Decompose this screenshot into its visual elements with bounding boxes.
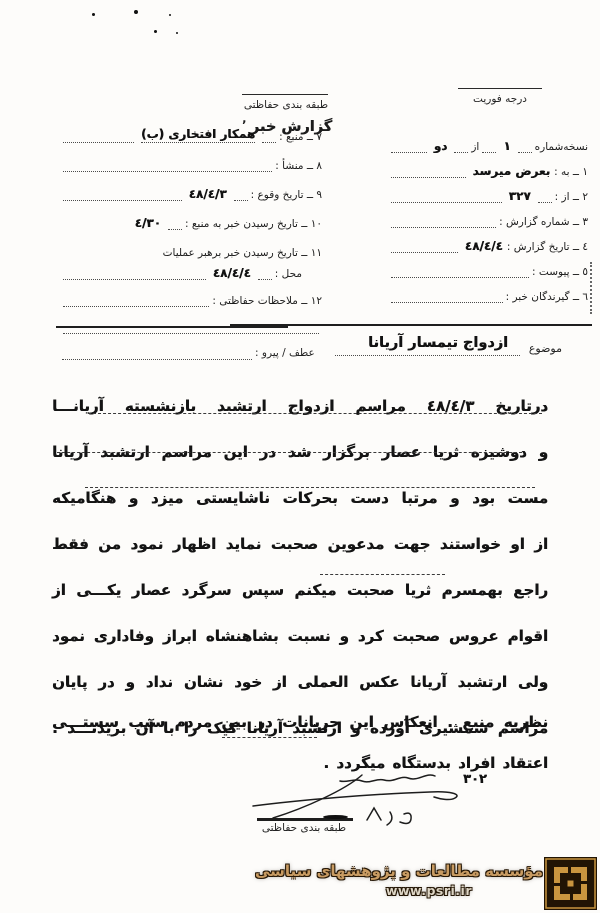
body-line: ولی ارتشبد آریانا عکس العملی از خود نشان… <box>52 659 548 705</box>
field-label: ٨ ــ منشأ : <box>275 160 322 172</box>
field-row-attachment: ٥ ــ پیوست : <box>388 261 588 278</box>
underline-mark <box>57 452 522 453</box>
field-row-from: ٢ ــ از : ٣٢٧ <box>388 186 588 203</box>
ink-blot <box>323 815 348 819</box>
scan-speck <box>169 14 171 16</box>
field-value-handwritten: ٣٢٧ <box>509 189 531 203</box>
field-label: ٦ ــ گیرندگان خبر : <box>506 291 588 303</box>
dotted-leader <box>258 267 272 280</box>
copy-of-label: از <box>471 141 479 153</box>
dotted-leader <box>391 290 503 303</box>
reference-label: عطف / پیرو : <box>255 347 315 359</box>
field-value-handwritten: ٤٨/٤/٤ <box>213 266 251 280</box>
opinion-line: نظریه منبع . انعکاس این جریانات در بین م… <box>52 702 548 743</box>
dotted-leader <box>518 140 532 153</box>
body-line: راجع بهمسرم ثریا صحبت میکنم سپس سرگرد عص… <box>52 567 548 613</box>
field-row-date-reached-ops: ١١ ــ تاریخ رسیدن خبر برهبر عملیات <box>60 242 322 259</box>
field-value-handwritten: ٤٨/٤/٣ <box>189 187 227 201</box>
dotted-leader <box>168 217 182 230</box>
body-line: اقوام عروس صحبت کرد و نسبت بشاهنشاه ابرا… <box>52 613 548 659</box>
body-line: درتاریخ ٤٨/٤/٣ مراسم ازدواج ارتشبد بازنش… <box>52 383 548 429</box>
classification-stamp-line <box>242 94 328 95</box>
watermark-url: www.psri.ir <box>386 883 472 898</box>
dotted-leader <box>63 130 134 143</box>
dotted-leader <box>335 355 520 356</box>
copy-number-value: ١ <box>503 139 510 153</box>
field-row-occurrence-date: ٩ ــ تاریخ وقوع : ٤٨/٤/٣ <box>60 184 322 201</box>
dotted-leader <box>63 159 272 172</box>
field-label: ٥ ــ پیوست : <box>532 266 588 278</box>
urgency-label: درجه فوریت <box>452 93 548 105</box>
copy-number-row: نسخه‌شماره ١ از دو <box>388 136 588 153</box>
field-row-source: ٧ ــ منبع : همکار افتخاری (ب) <box>60 126 322 143</box>
scan-speck <box>92 13 95 16</box>
field-row-report-number: ٣ ــ شماره گزارش : <box>388 211 588 228</box>
underline-mark <box>88 413 542 414</box>
dotted-leader <box>391 140 427 153</box>
field-row-date-reached-source: ١٠ ــ تاریخ رسیدن خبر به منبع : ٤/٣٠ <box>60 213 322 230</box>
psri-logo <box>544 857 597 910</box>
form-fields-right: نسخه‌شماره ١ از دو ١ ــ به : بعرض میرسد … <box>388 136 588 311</box>
dotted-leader <box>391 215 496 228</box>
dotted-leader <box>391 240 458 253</box>
dotted-leader <box>63 188 182 201</box>
underline-mark <box>320 574 445 575</box>
field-label: ٢ ــ از : <box>555 191 588 203</box>
dotted-leader <box>391 190 502 203</box>
watermark-organization: مؤسسه مطالعات و پژوهشهای سیاسی <box>255 862 543 880</box>
field-label: ٩ ــ تاریخ وقوع : <box>251 189 322 201</box>
body-line: از او خواستند جهت مدعوین صحبت نماید اظها… <box>52 521 548 567</box>
field-label: ١٢ ــ ملاحظات حفاظتی : <box>212 295 322 307</box>
field-label: ٤ ــ تاریخ گزارش : <box>507 241 588 253</box>
field-label: ١٠ ــ تاریخ رسیدن خبر به منبع : <box>185 218 322 230</box>
field-row-to: ١ ــ به : بعرض میرسد <box>388 161 588 178</box>
dotted-leader <box>62 359 252 360</box>
body-line: مست بود و مرتبا دست بحرکات ناشایستی میزد… <box>52 475 548 521</box>
field-row-recipients: ٦ ــ گیرندگان خبر : <box>388 286 588 303</box>
subject-value-handwritten: ازدواج تیمسار آریانا <box>368 335 508 351</box>
field-row-origin: ٨ ــ منشأ : <box>60 155 322 172</box>
dotted-leader <box>482 140 496 153</box>
field-row-report-date: ٤ ــ تاریخ گزارش : ٤٨/٤/٤ <box>388 236 588 253</box>
copy-number-label: نسخه‌شماره <box>535 141 588 153</box>
field-label: ١ ــ به : <box>554 166 588 178</box>
dotted-leader <box>234 188 248 201</box>
urgency-stamp-line <box>458 88 542 89</box>
margin-dotted-mark <box>590 262 592 314</box>
dotted-leader <box>63 267 206 280</box>
dotted-leader <box>454 140 468 153</box>
field-value-handwritten: ٤/٣٠ <box>135 216 161 230</box>
field-value-handwritten: ٤٨/٤/٤ <box>465 239 503 253</box>
field-label: ١١ ــ تاریخ رسیدن خبر برهبر عملیات <box>163 247 322 259</box>
field-value-handwritten: همکار افتخاری (ب) <box>141 127 255 143</box>
dotted-leader <box>391 265 529 278</box>
subject-label: موضوع <box>529 342 562 355</box>
field-label: محل : <box>275 268 302 280</box>
classification-bottom-label: طبقه بندی حفاظتی <box>260 822 348 834</box>
dotted-leader <box>63 294 209 307</box>
dotted-leader <box>538 190 552 203</box>
scan-speck <box>176 32 178 34</box>
scan-speck <box>154 30 157 33</box>
field-row-security-notes: ١٢ ــ ملاحظات حفاظتی : <box>60 290 322 307</box>
field-label: ٧ ــ منبع : <box>279 131 322 143</box>
form-fields-left: ٧ ــ منبع : همکار افتخاری (ب) ٨ ــ منشأ … <box>60 126 322 346</box>
field-label: ٣ ــ شماره گزارش : <box>499 216 588 228</box>
report-body: درتاریخ ٤٨/٤/٣ مراسم ازدواج ارتشبد بازنش… <box>52 383 548 751</box>
section-divider <box>56 326 288 328</box>
underline-mark <box>85 487 535 488</box>
dotted-leader <box>63 321 319 334</box>
field-row-date-reached-ops-line2: محل : ٤٨/٤/٤ <box>60 263 322 280</box>
field-value-handwritten: بعرض میرسد <box>473 164 551 178</box>
classification-top-label: طبقه بندی حفاظتی <box>232 99 340 111</box>
scanned-report-page: درجه فوریت طبقه بندی حفاظتی گزارش خبر ٬ … <box>0 0 600 913</box>
copy-total-value: دو <box>434 139 448 153</box>
dotted-leader <box>262 130 276 143</box>
signature-scribble <box>250 770 480 830</box>
dotted-leader <box>391 165 466 178</box>
scan-speck <box>134 10 138 14</box>
